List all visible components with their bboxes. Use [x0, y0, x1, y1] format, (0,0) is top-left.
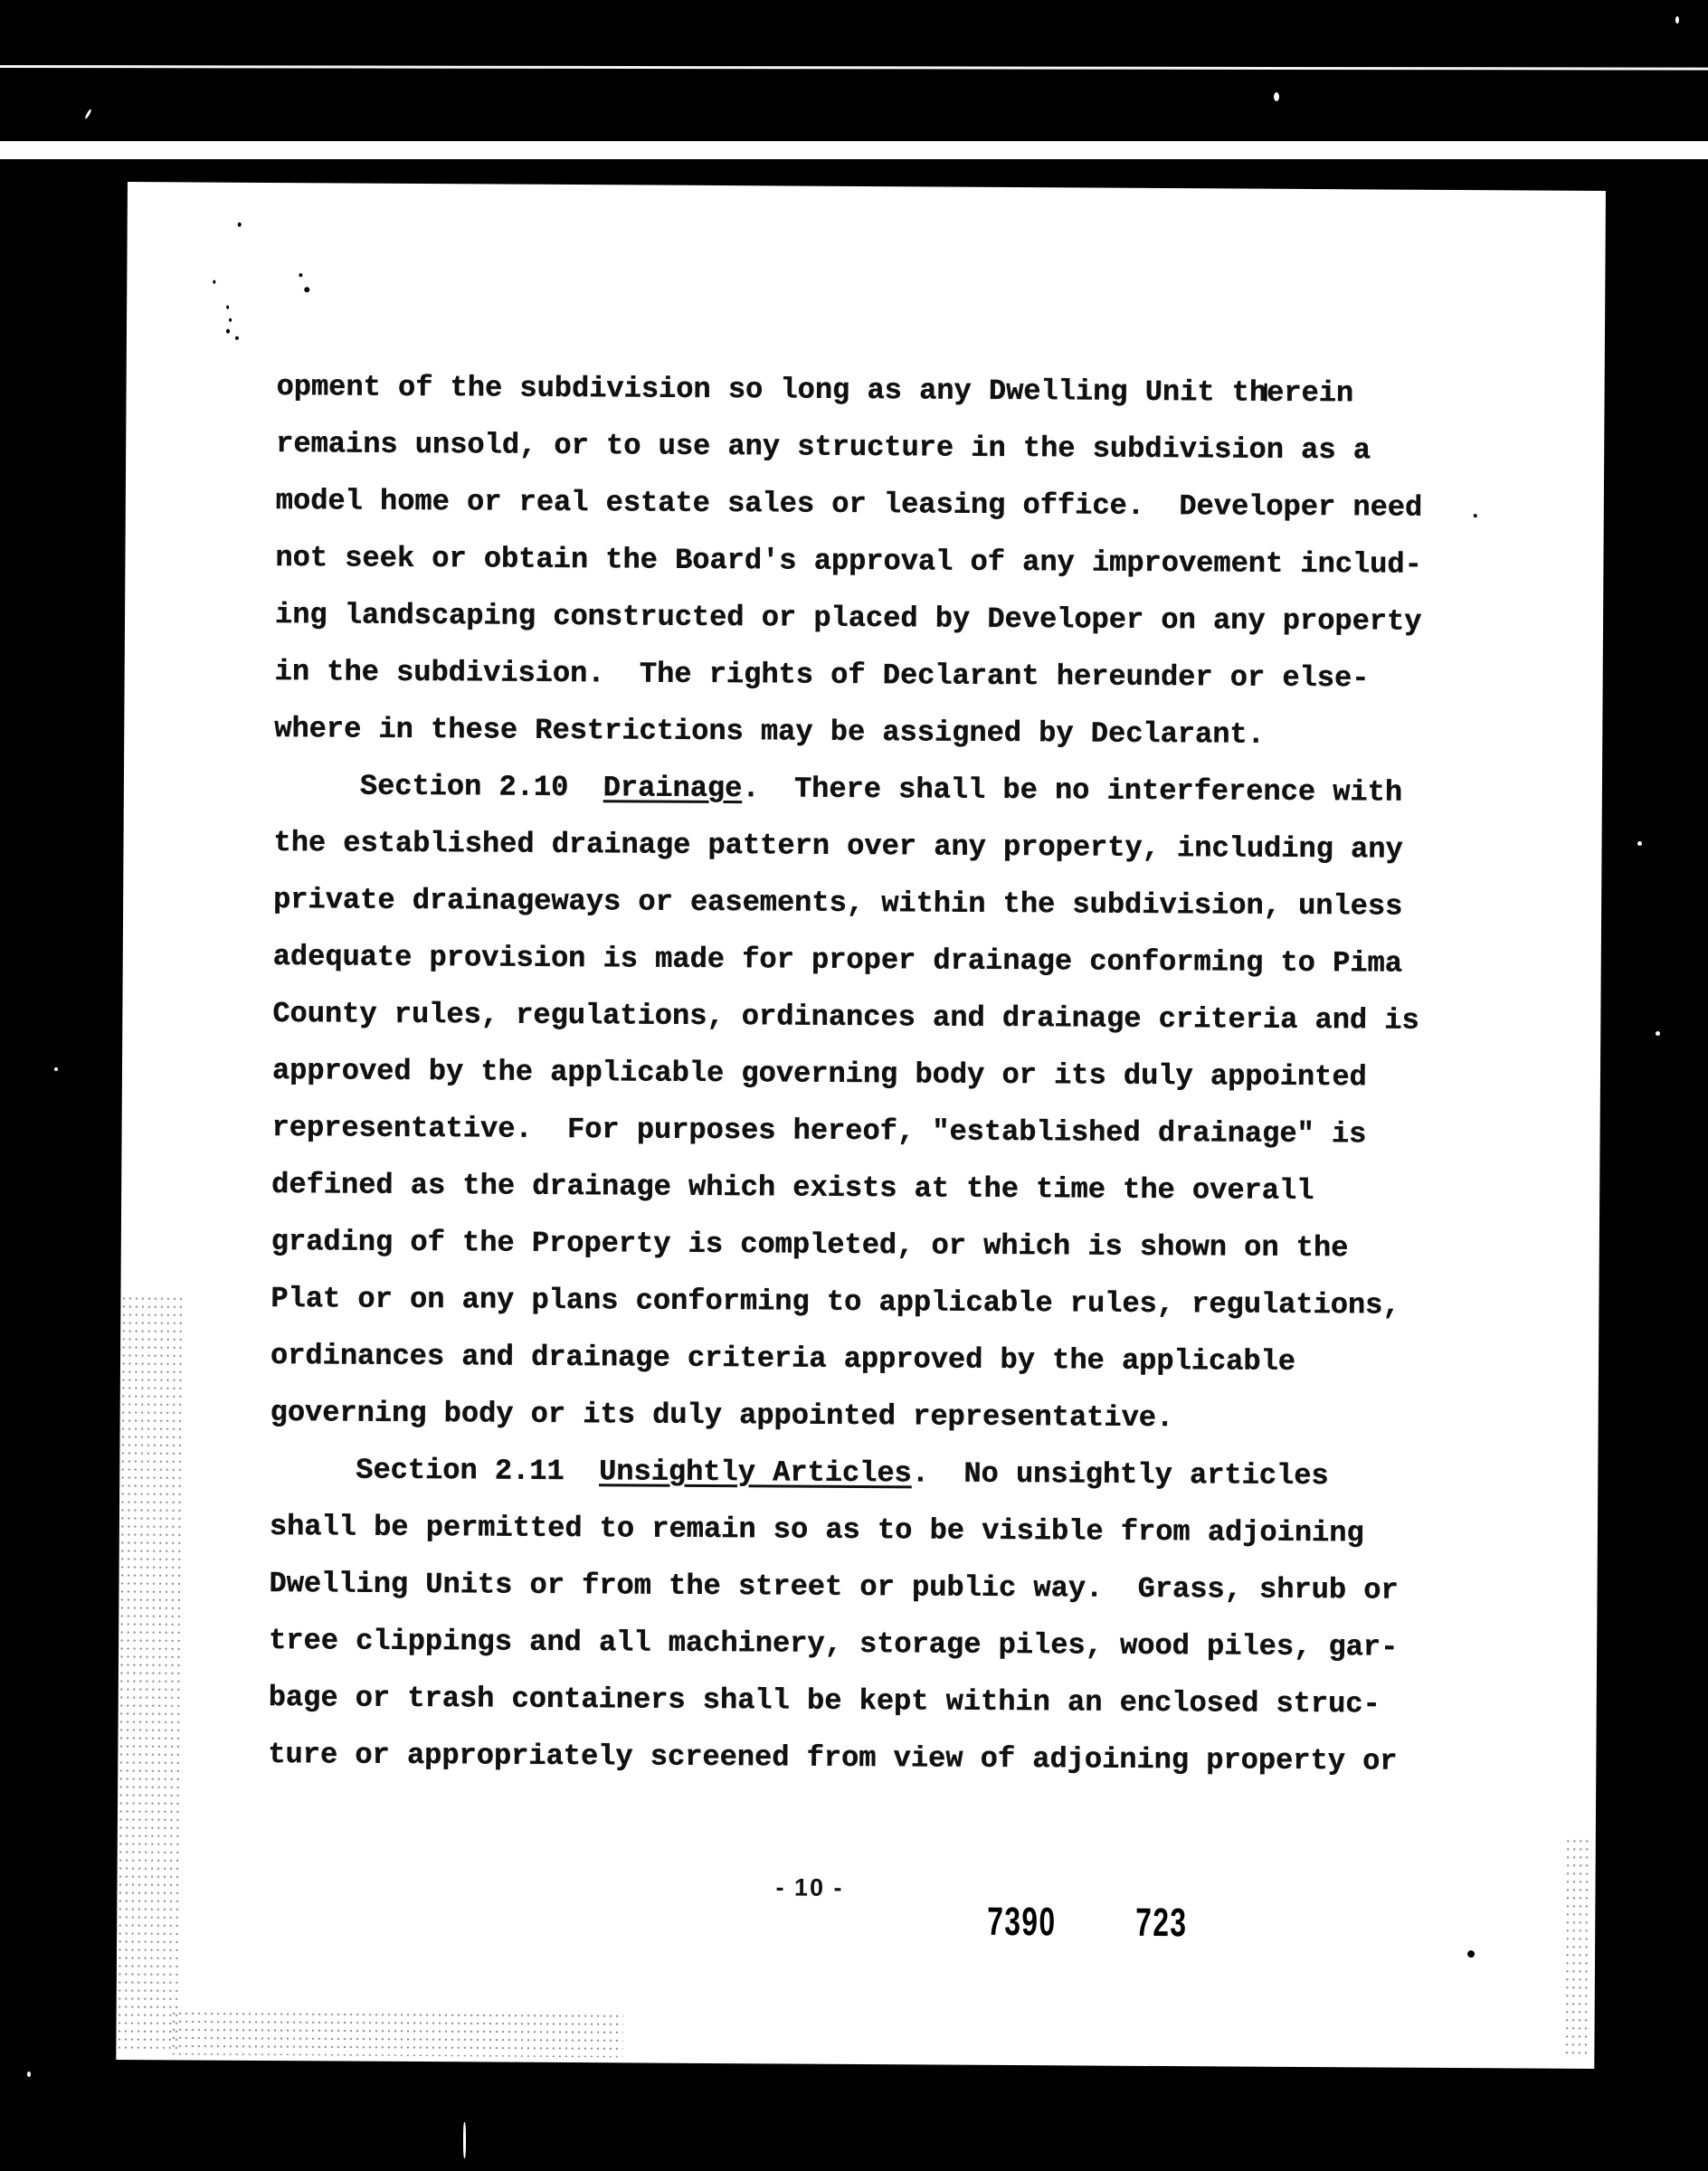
text-line: ing landscaping constructed or placed by…: [275, 601, 1422, 637]
text-line: ordinances and drainage criteria approve…: [270, 1341, 1295, 1377]
scan-speck: [463, 2122, 466, 2158]
scan-speck: [84, 109, 92, 119]
section-heading-unsightly-articles: Unsightly Articles: [599, 1455, 912, 1490]
stray-mark: [213, 280, 215, 284]
stray-mark: [226, 306, 229, 309]
stray-mark: [226, 329, 230, 334]
scan-speck: [1675, 16, 1679, 24]
scan-speck: [1656, 1031, 1660, 1036]
section-2-10-line: Section 2.10 Drainage. There shall be no…: [360, 773, 1402, 808]
scan-noise-bottom: [170, 2009, 622, 2057]
text-line: County rules, regulations, ordinances an…: [272, 1000, 1419, 1036]
section-heading-drainage: Drainage: [603, 771, 743, 805]
scan-speck: [1637, 841, 1642, 846]
document-page: opment of the subdivision so long as any…: [116, 182, 1606, 2069]
text-line: where in these Restrictions may be assig…: [274, 715, 1265, 750]
recording-stamp-book: 7390: [987, 1900, 1057, 1945]
text-line: Dwelling Units or from the street or pub…: [269, 1569, 1398, 1606]
stray-mark: [304, 287, 309, 292]
text-line: grading of the Property is completed, or…: [271, 1228, 1349, 1263]
scan-speck: [27, 2071, 31, 2077]
text-line: representative. For purposes hereof, "es…: [272, 1114, 1367, 1149]
text-line: defined as the drainage which exists at …: [271, 1171, 1314, 1206]
text-line: bage or trash containers shall be kept w…: [269, 1683, 1381, 1720]
text-line: governing body or its duly appointed rep…: [270, 1398, 1174, 1433]
text-line: ture or appropriately screened from view…: [268, 1740, 1397, 1777]
scan-speck: [1274, 92, 1279, 101]
text-line: tree clippings and all machinery, storag…: [269, 1626, 1398, 1663]
section-text: . There shall be no interference with: [742, 772, 1402, 809]
stray-mark: [1467, 1950, 1475, 1958]
scan-noise-left: [116, 1294, 184, 2054]
text-line: shall be permitted to remain so as to be…: [270, 1512, 1364, 1548]
recording-stamp-page: 723: [1135, 1901, 1187, 1946]
text-line: approved by the applicable governing bod…: [272, 1057, 1367, 1092]
text-line: adequate provision is made for proper dr…: [273, 943, 1402, 979]
text-line: the established drainage pattern over an…: [273, 829, 1402, 865]
scan-noise-right: [1563, 1837, 1591, 2054]
stray-mark: [1474, 514, 1477, 517]
text-line: not seek or obtain the Board's approval …: [275, 544, 1422, 580]
section-number: Section 2.10: [360, 770, 569, 804]
text-line: private drainageways or easements, withi…: [273, 886, 1402, 922]
section-2-11-line: Section 2.11 Unsightly Articles. No unsi…: [356, 1456, 1329, 1492]
scan-edge-bar: [0, 141, 1708, 159]
text-line: in the subdivision. The rights of Declar…: [275, 658, 1370, 693]
section-text: . No unsightly articles: [912, 1456, 1329, 1493]
section-number: Section 2.11: [356, 1454, 565, 1488]
scan-edge-line: [0, 65, 1708, 71]
stray-mark: [235, 337, 239, 340]
scan-speck: [54, 1067, 58, 1071]
text-line: model home or real estate sales or leasi…: [276, 487, 1423, 523]
page-number: - 10 -: [775, 1873, 843, 1901]
stray-mark: [299, 273, 302, 277]
text-line: Plat or on any plans conforming to appli…: [270, 1285, 1400, 1321]
text-line: remains unsold, or to use any structure …: [276, 430, 1371, 465]
text-line: opment of the subdivision so long as any…: [277, 373, 1354, 408]
stray-mark: [229, 318, 232, 322]
stray-mark: [238, 223, 242, 227]
